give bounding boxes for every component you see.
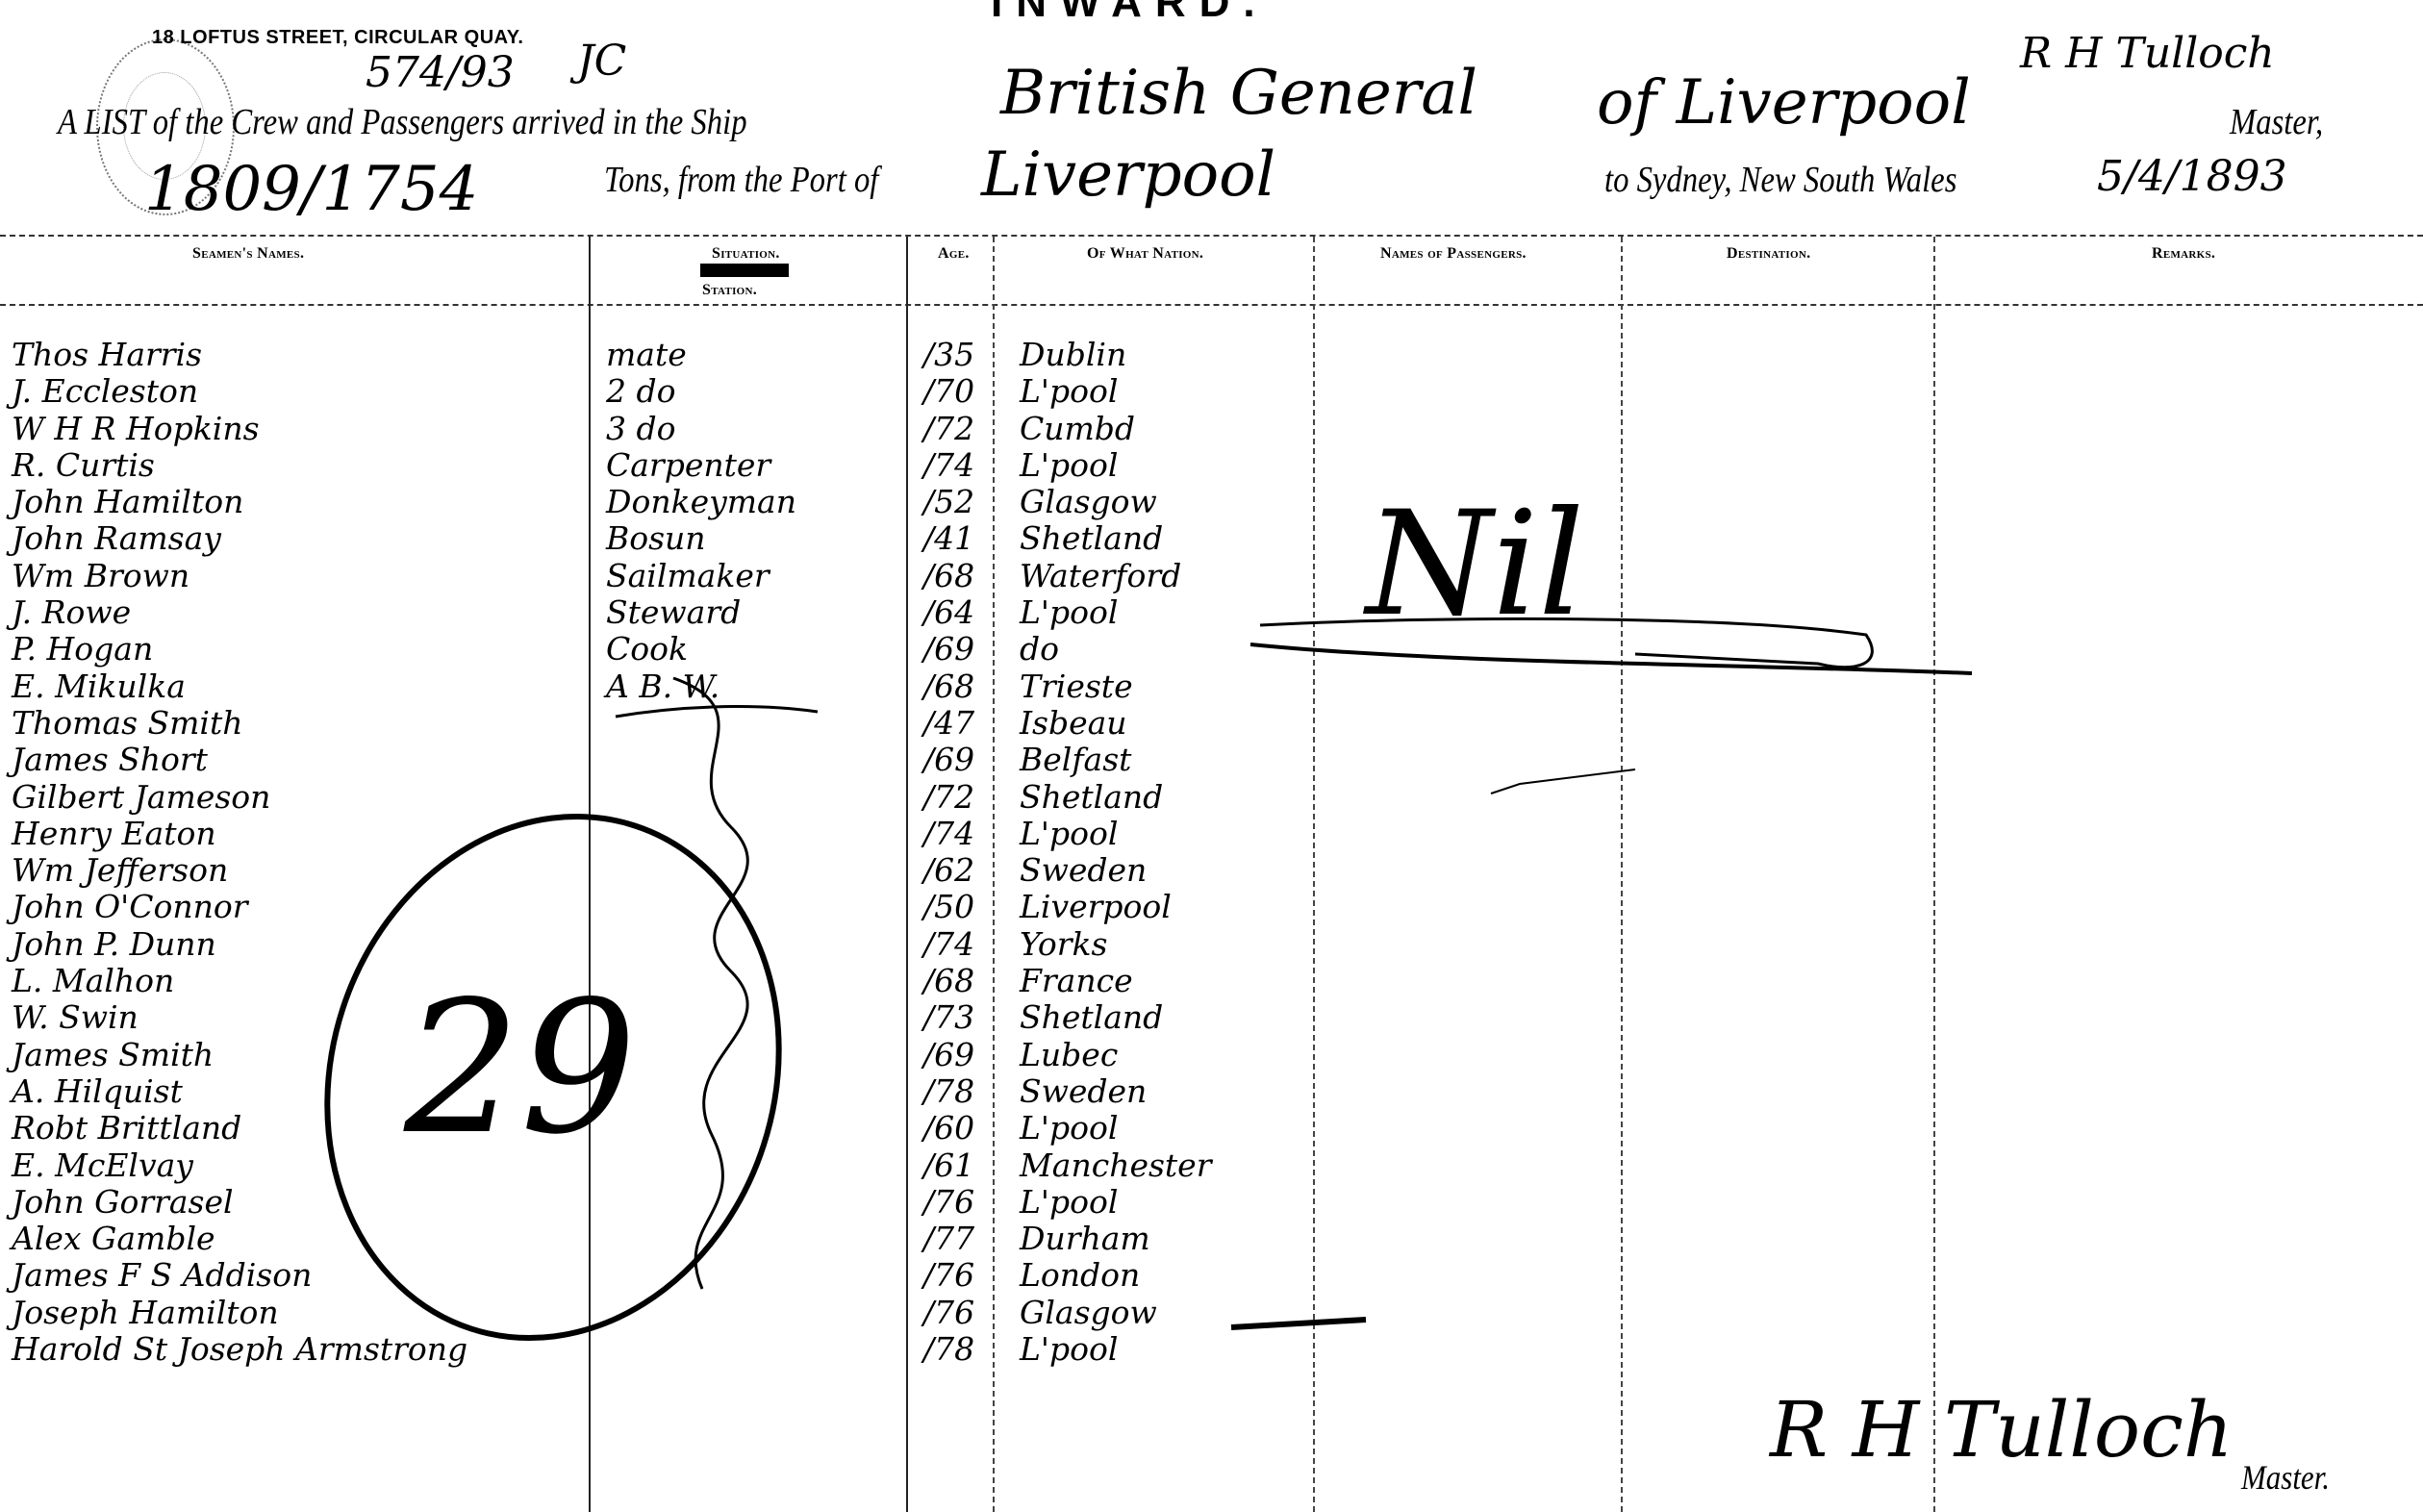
footer-master-label: Master. <box>2241 1457 2330 1498</box>
master-signature: R H Tulloch <box>1770 1385 2233 1474</box>
handwriting-strokes <box>0 0 2423 1512</box>
